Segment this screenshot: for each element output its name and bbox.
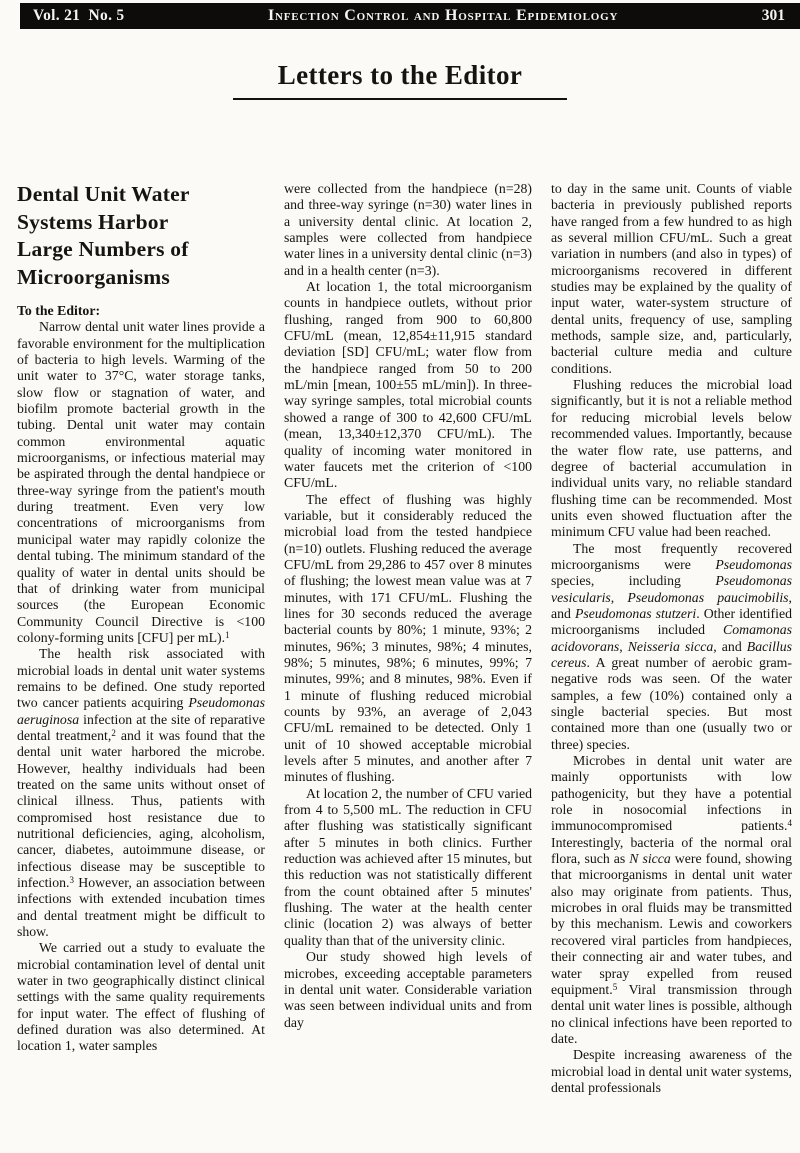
paragraph: Despite increasing awareness of the micr… xyxy=(551,1047,792,1096)
column-right: to day in the same unit. Counts of viabl… xyxy=(551,181,792,1096)
section-title: Letters to the Editor xyxy=(0,60,800,91)
paragraph: Flushing reduces the microbial load sign… xyxy=(551,377,792,540)
paragraph: At location 2, the number of CFU varied … xyxy=(284,786,532,949)
column-left: Dental Unit Water Systems Harbor Large N… xyxy=(17,181,265,1055)
volume-issue-label: Vol. 21 No. 5 xyxy=(33,7,124,25)
salutation: To the Editor: xyxy=(17,303,265,319)
paragraph: to day in the same unit. Counts of viabl… xyxy=(551,181,792,377)
article-title-line: Large Numbers of xyxy=(17,237,189,261)
page-number: 301 xyxy=(762,7,785,25)
article-title: Dental Unit Water Systems Harbor Large N… xyxy=(17,181,265,291)
column-left-paragraphs: Narrow dental unit water lines provide a… xyxy=(17,319,265,1054)
paragraph: Microbes in dental unit water are mainly… xyxy=(551,753,792,1047)
journal-masthead: Vol. 21 No. 5 Infection Control and Hosp… xyxy=(20,3,800,29)
paragraph: Narrow dental unit water lines provide a… xyxy=(17,319,265,646)
paragraph: The effect of flushing was highly variab… xyxy=(284,492,532,786)
paragraph: The health risk associated with microbia… xyxy=(17,646,265,940)
article-title-line: Dental Unit Water xyxy=(17,182,190,206)
article-title-line: Microorganisms xyxy=(17,265,170,289)
paragraph: We carried out a study to evaluate the m… xyxy=(17,940,265,1054)
section-title-rule xyxy=(233,98,567,100)
paragraph: were collected from the handpiece (n=28)… xyxy=(284,181,532,279)
paragraph: The most frequently recovered microorgan… xyxy=(551,541,792,753)
column-middle: were collected from the handpiece (n=28)… xyxy=(284,181,532,1031)
article-title-line: Systems Harbor xyxy=(17,210,169,234)
paragraph: At location 1, the total microorganism c… xyxy=(284,279,532,491)
section-title-block: Letters to the Editor xyxy=(0,60,800,100)
journal-name: Infection Control and Hospital Epidemiol… xyxy=(124,7,761,25)
paragraph: Our study showed high levels of microbes… xyxy=(284,949,532,1031)
